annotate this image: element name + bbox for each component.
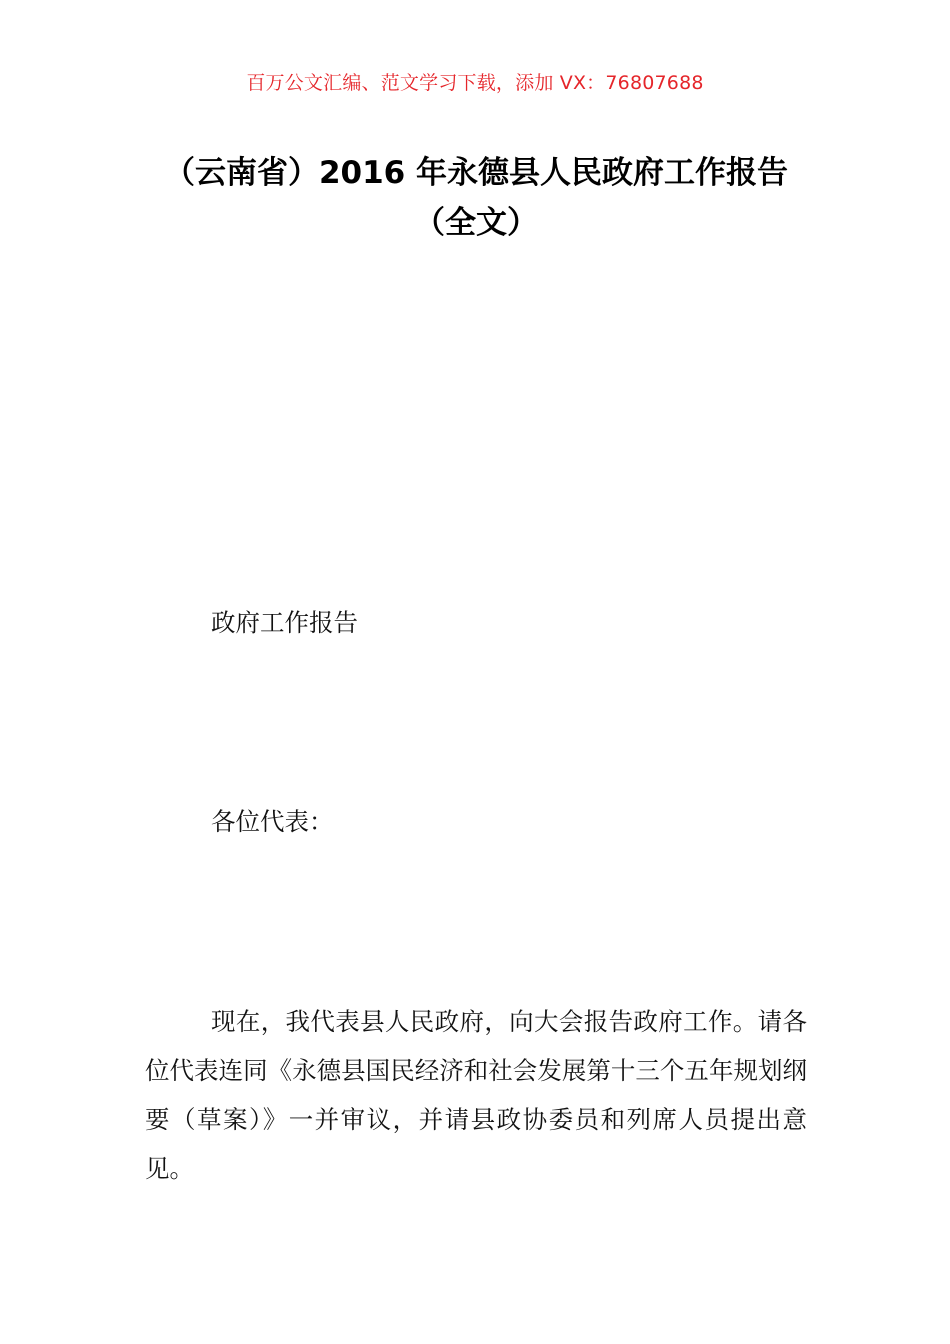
paragraph-salutation: 各位代表： — [145, 797, 807, 846]
watermark-header: 百万公文汇编、范文学习下载，添加 VX：76807688 — [0, 68, 950, 95]
paragraph-opening: 现在，我代表县人民政府，向大会报告政府工作。请各位代表连同《永德县国民经济和社会… — [145, 997, 807, 1193]
paragraph-report-heading: 政府工作报告 — [145, 598, 807, 647]
document-title: （云南省）2016 年永德县人民政府工作报告（全文） — [145, 148, 807, 248]
